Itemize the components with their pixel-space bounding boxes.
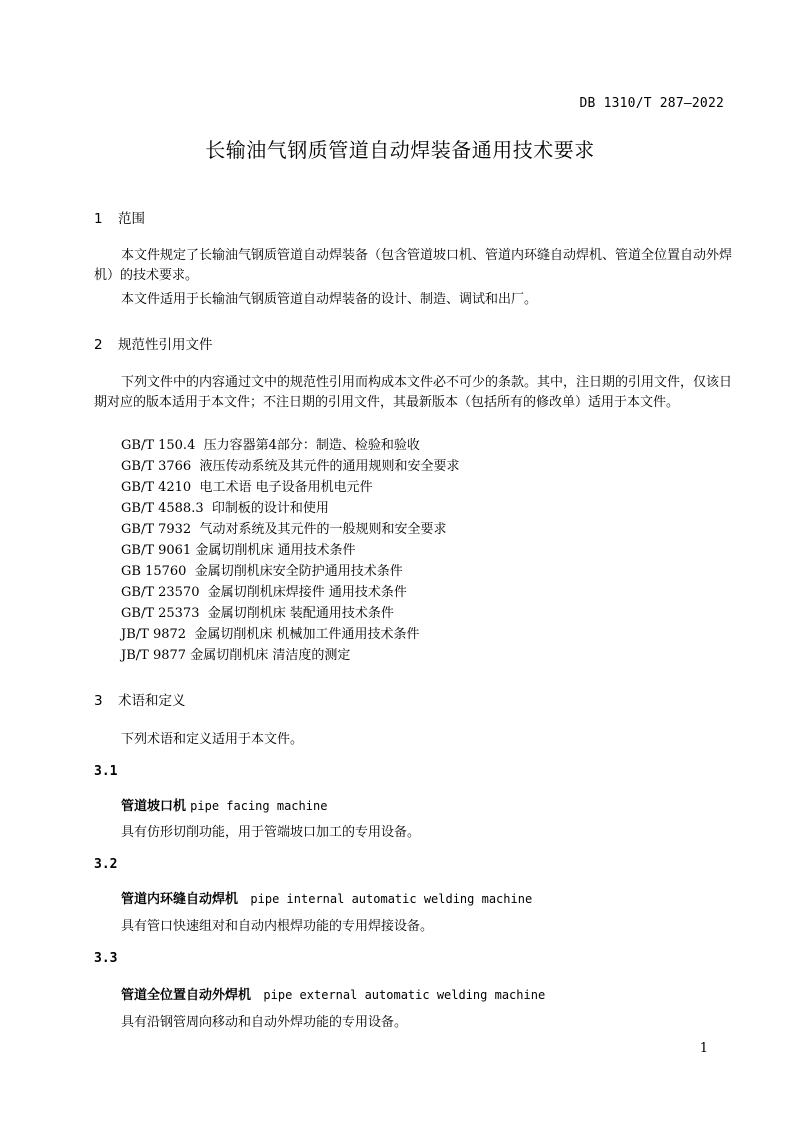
reference-item: GB/T 4210 电工术语 电子设备用机电元件 <box>121 478 373 498</box>
reference-title: 金属切削机床 通用技术条件 <box>195 543 355 558</box>
reference-item: GB 15760 金属切削机床安全防护通用技术条件 <box>121 562 403 582</box>
reference-code: GB/T 4210 <box>121 480 191 495</box>
term-definition: 具有沿钢管周向移动和自动外焊功能的专用设备。 <box>121 1013 407 1033</box>
page-number: 1 <box>700 1041 708 1056</box>
section-title: 术语和定义 <box>118 693 186 709</box>
reference-title: 金属切削机床 机械加工件通用技术条件 <box>194 627 419 642</box>
reference-code: JB/T 9877 <box>121 648 186 663</box>
term-chinese: 管道全位置自动外焊机 <box>121 988 251 1003</box>
term-english: pipe internal automatic welding machine <box>250 892 532 906</box>
term-entry: 管道坡口机 pipe facing machine <box>121 795 327 814</box>
document-title: 长输油气钢质管道自动焊装备通用技术要求 <box>0 134 800 163</box>
scope-paragraph-2: 本文件适用于长输油气钢质管道自动焊装备的设计、制造、调试和出厂。 <box>121 290 537 310</box>
reference-title: 压力容器第4部分：制造、检验和验收 <box>204 438 420 453</box>
reference-item: GB/T 150.4 压力容器第4部分：制造、检验和验收 <box>121 436 420 456</box>
term-english: pipe facing machine <box>190 799 327 813</box>
reference-item: GB/T 25373 金属切削机床 装配通用技术条件 <box>121 604 394 624</box>
reference-item: GB/T 3766 液压传动系统及其元件的通用规则和安全要求 <box>121 457 460 477</box>
reference-title: 电工术语 电子设备用机电元件 <box>199 480 372 495</box>
reference-title: 金属切削机床安全防护通用技术条件 <box>195 564 403 579</box>
reference-title: 金属切削机床 清洁度的测定 <box>190 648 350 663</box>
reference-title: 液压传动系统及其元件的通用规则和安全要求 <box>199 459 459 474</box>
section-heading-scope: 1范围 <box>94 207 145 227</box>
reference-item: GB/T 9061 金属切削机床 通用技术条件 <box>121 541 356 561</box>
reference-code: GB/T 3766 <box>121 459 191 474</box>
reference-code: GB/T 7932 <box>121 522 191 537</box>
reference-item: GB/T 23570 金属切削机床焊接件 通用技术条件 <box>121 583 407 603</box>
term-chinese: 管道内环缝自动焊机 <box>121 892 238 907</box>
reference-title: 金属切削机床 装配通用技术条件 <box>208 606 394 621</box>
reference-item: JB/T 9872 金属切削机床 机械加工件通用技术条件 <box>121 625 419 645</box>
clause-number: 3.3 <box>94 951 117 966</box>
clause-number: 3.2 <box>94 857 117 872</box>
standard-number: DB 1310/T 287—2022 <box>580 96 724 111</box>
reference-item: GB/T 7932 气动对系统及其元件的一般规则和安全要求 <box>121 520 447 540</box>
reference-item: GB/T 4588.3 印制板的设计和使用 <box>121 499 329 519</box>
scope-paragraph-1: 本文件规定了长输油气钢质管道自动焊装备（包含管道坡口机、管道内环缝自动焊机、管道… <box>94 246 734 286</box>
reference-code: GB/T 4588.3 <box>121 501 204 516</box>
terms-intro-paragraph: 下列术语和定义适用于本文件。 <box>121 730 303 750</box>
term-entry: 管道全位置自动外焊机 pipe external automatic weldi… <box>121 984 545 1003</box>
reference-code: JB/T 9872 <box>121 627 186 642</box>
section-heading-terms-and-definitions: 3术语和定义 <box>94 689 186 709</box>
reference-item: JB/T 9877 金属切削机床 清洁度的测定 <box>121 646 350 666</box>
section-title: 范围 <box>118 211 145 227</box>
term-english: pipe external automatic welding machine <box>263 988 545 1002</box>
section-number: 1 <box>94 211 118 227</box>
reference-title: 印制板的设计和使用 <box>212 501 329 516</box>
reference-code: GB 15760 <box>121 564 186 579</box>
reference-code: GB/T 150.4 <box>121 438 195 453</box>
section-title: 规范性引用文件 <box>118 337 213 353</box>
reference-code: GB/T 23570 <box>121 585 199 600</box>
term-entry: 管道内环缝自动焊机 pipe internal automatic weldin… <box>121 888 532 907</box>
reference-title: 气动对系统及其元件的一般规则和安全要求 <box>199 522 446 537</box>
references-intro-paragraph: 下列文件中的内容通过文中的规范性引用而构成本文件必不可少的条款。其中，注日期的引… <box>94 373 734 413</box>
reference-title: 金属切削机床焊接件 通用技术条件 <box>208 585 407 600</box>
reference-code: GB/T 25373 <box>121 606 199 621</box>
term-definition: 具有管口快速组对和自动内根焊功能的专用焊接设备。 <box>121 917 433 937</box>
reference-code: GB/T 9061 <box>121 543 191 558</box>
section-number: 3 <box>94 693 118 709</box>
section-heading-normative-references: 2规范性引用文件 <box>94 333 213 353</box>
clause-number: 3.1 <box>94 764 117 779</box>
term-definition: 具有仿形切削功能，用于管端坡口加工的专用设备。 <box>121 823 420 843</box>
section-number: 2 <box>94 337 118 353</box>
term-chinese: 管道坡口机 <box>121 799 186 814</box>
